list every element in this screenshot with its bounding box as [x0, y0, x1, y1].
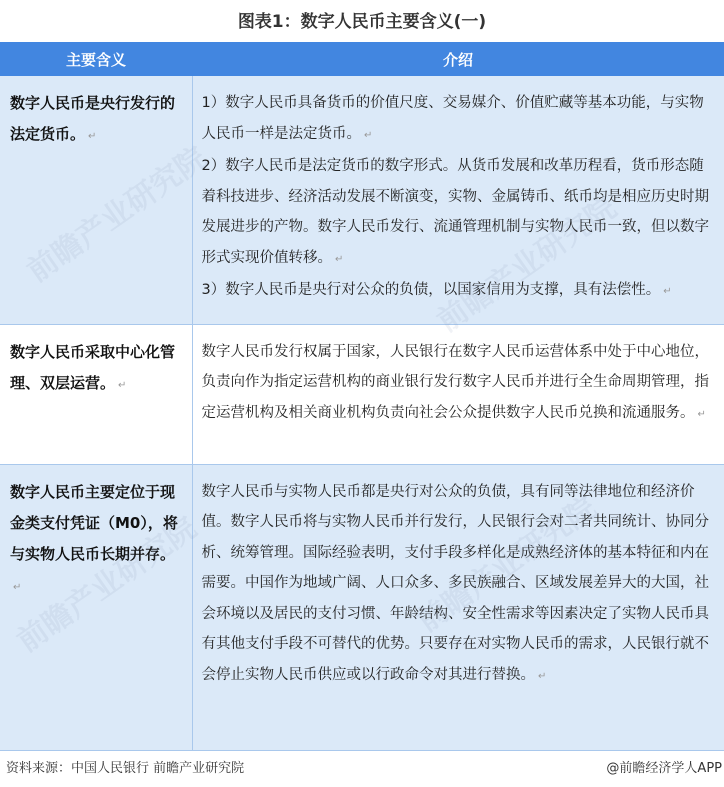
return-mark-icon: ↵	[364, 130, 372, 141]
header-meaning: 主要含义	[0, 42, 192, 76]
intro-paragraph: 2）数字人民币是法定货币的数字形式。从货币发展和改革历程看，货币形态随着科技进步…	[202, 151, 717, 275]
footer: 资料来源：中国人民银行 前瞻产业研究院 @前瞻经济学人APP	[0, 757, 724, 777]
table-row: 数字人民币主要定位于现金类支付凭证（M0），将与实物人民币长期并存。↵ 数字人民…	[0, 464, 724, 750]
meaning-text: 数字人民币采取中心化管理、双层运营。	[10, 343, 175, 392]
intro-cell: 数字人民币发行权属于国家，人民银行在数字人民币运营体系中处于中心地位，负责向作为…	[192, 324, 724, 464]
meaning-text: 数字人民币主要定位于现金类支付凭证（M0），将与实物人民币长期并存。	[10, 483, 178, 563]
intro-cell: 数字人民币与实物人民币都是央行对公众的负债，具有同等法律地位和经济价值。数字人民…	[192, 464, 724, 750]
return-mark-icon: ↵	[698, 409, 706, 420]
return-mark-icon: ↵	[88, 131, 96, 142]
return-mark-icon: ↵	[538, 671, 546, 682]
table-header-row: 主要含义 介绍	[0, 42, 724, 76]
return-mark-icon: ↵	[118, 380, 126, 391]
intro-paragraph: 1）数字人民币具备货币的价值尺度、交易媒介、价值贮藏等基本功能，与实物人民币一样…	[202, 88, 717, 151]
figure-title: 图表1：数字人民币主要含义(一)	[0, 8, 724, 36]
return-mark-icon: ↵	[663, 286, 671, 297]
meaning-cell: 数字人民币主要定位于现金类支付凭证（M0），将与实物人民币长期并存。↵	[0, 464, 192, 750]
table-row: 数字人民币是央行发行的法定货币。↵ 1）数字人民币具备货币的价值尺度、交易媒介、…	[0, 76, 724, 324]
header-intro: 介绍	[192, 42, 724, 76]
meaning-cell: 数字人民币采取中心化管理、双层运营。↵	[0, 324, 192, 464]
table-row: 数字人民币采取中心化管理、双层运营。↵ 数字人民币发行权属于国家，人民银行在数字…	[0, 324, 724, 464]
intro-paragraph: 数字人民币与实物人民币都是央行对公众的负债，具有同等法律地位和经济价值。数字人民…	[202, 477, 717, 693]
intro-paragraph: 3）数字人民币是央行对公众的负债，以国家信用为支撑，具有法偿性。↵	[202, 275, 717, 308]
brand-credit: @前瞻经济学人APP	[606, 757, 722, 776]
meaning-cell: 数字人民币是央行发行的法定货币。↵	[0, 76, 192, 324]
source-note: 资料来源：中国人民银行 前瞻产业研究院	[6, 757, 244, 776]
intro-paragraph: 数字人民币发行权属于国家，人民银行在数字人民币运营体系中处于中心地位，负责向作为…	[202, 337, 717, 431]
return-mark-icon: ↵	[335, 254, 343, 265]
meaning-table: 主要含义 介绍 数字人民币是央行发行的法定货币。↵ 1）数字人民币具备货币的价值…	[0, 42, 724, 751]
intro-cell: 1）数字人民币具备货币的价值尺度、交易媒介、价值贮藏等基本功能，与实物人民币一样…	[192, 76, 724, 324]
return-mark-icon: ↵	[13, 582, 21, 593]
